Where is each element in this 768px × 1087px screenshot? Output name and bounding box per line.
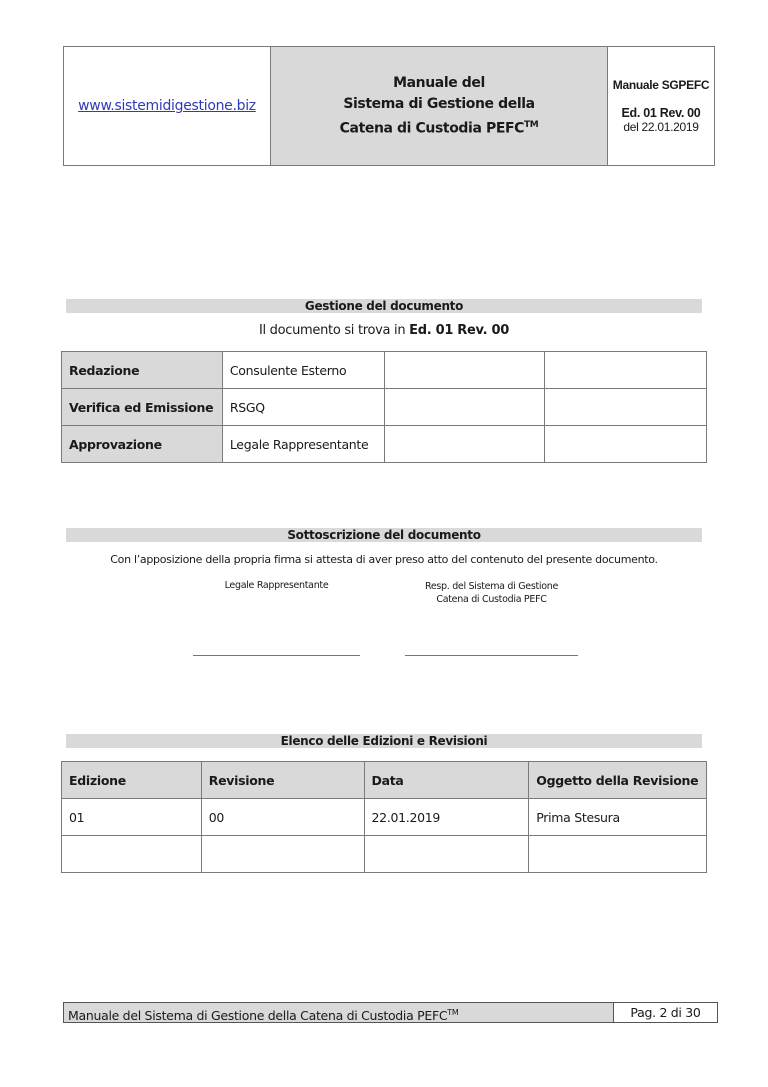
table-row [62,836,707,873]
column-header: Data [364,762,529,799]
signature-statement: Con l’apposizione della propria firma si… [0,553,768,566]
cell-edizione: 01 [62,799,202,836]
header-website-cell: www.sistemidigestione.biz [64,47,271,165]
trademark-mark: TM [447,1008,458,1017]
title-line-3: Catena di Custodia PEFCTM [340,115,539,140]
signature-line-left [193,655,360,656]
signer-right-label: Resp. del Sistema di Gestione Catena di … [405,580,578,606]
cell-data [364,836,529,873]
revisions-table: Edizione Revisione Data Oggetto della Re… [61,761,707,873]
document-code: Manuale SGPEFC [613,78,710,92]
footer-title: Manuale del Sistema di Gestione della Ca… [64,1003,614,1022]
title-line-2: Sistema di Gestione della [343,94,534,115]
table-row: Approvazione Legale Rappresentante [62,426,707,463]
row-cell-3 [384,352,545,389]
table-header-row: Edizione Revisione Data Oggetto della Re… [62,762,707,799]
table-row: Verifica ed Emissione RSGQ [62,389,707,426]
edition-date: del 22.01.2019 [623,120,698,134]
website-link[interactable]: www.sistemidigestione.biz [78,98,256,114]
row-cell-3 [384,426,545,463]
row-value: Consulente Esterno [222,352,384,389]
document-status-value: Ed. 01 Rev. 00 [409,323,509,338]
column-header: Revisione [201,762,364,799]
cell-data: 22.01.2019 [364,799,529,836]
document-status: Il documento si trova in Ed. 01 Rev. 00 [0,323,768,338]
section-heading-sottoscrizione: Sottoscrizione del documento [66,528,702,542]
section-heading-revisioni: Elenco delle Edizioni e Revisioni [66,734,702,748]
trademark-mark: TM [524,120,538,130]
column-header: Edizione [62,762,202,799]
approval-table: Redazione Consulente Esterno Verifica ed… [61,351,707,463]
cell-oggetto [529,836,707,873]
cell-oggetto: Prima Stesura [529,799,707,836]
cell-revisione: 00 [201,799,364,836]
signature-line-right [405,655,578,656]
row-cell-3 [384,389,545,426]
edition-revision: Ed. 01 Rev. 00 [622,106,701,120]
row-cell-4 [545,389,707,426]
signer-left-label: Legale Rappresentante [193,580,360,591]
row-cell-4 [545,352,707,389]
page-number: Pag. 2 di 30 [614,1003,717,1022]
section-heading-gestione: Gestione del documento [66,299,702,313]
table-row: Redazione Consulente Esterno [62,352,707,389]
document-header: www.sistemidigestione.biz Manuale del Si… [63,46,715,166]
table-row: 01 00 22.01.2019 Prima Stesura [62,799,707,836]
row-label: Redazione [62,352,223,389]
header-title-cell: Manuale del Sistema di Gestione della Ca… [271,47,608,165]
title-line-1: Manuale del [393,73,485,94]
cell-edizione [62,836,202,873]
cell-revisione [201,836,364,873]
row-value: RSGQ [222,389,384,426]
document-footer: Manuale del Sistema di Gestione della Ca… [63,1002,718,1023]
row-value: Legale Rappresentante [222,426,384,463]
column-header: Oggetto della Revisione [529,762,707,799]
row-cell-4 [545,426,707,463]
header-info-cell: Manuale SGPEFC Ed. 01 Rev. 00 del 22.01.… [608,47,714,165]
row-label: Verifica ed Emissione [62,389,223,426]
row-label: Approvazione [62,426,223,463]
